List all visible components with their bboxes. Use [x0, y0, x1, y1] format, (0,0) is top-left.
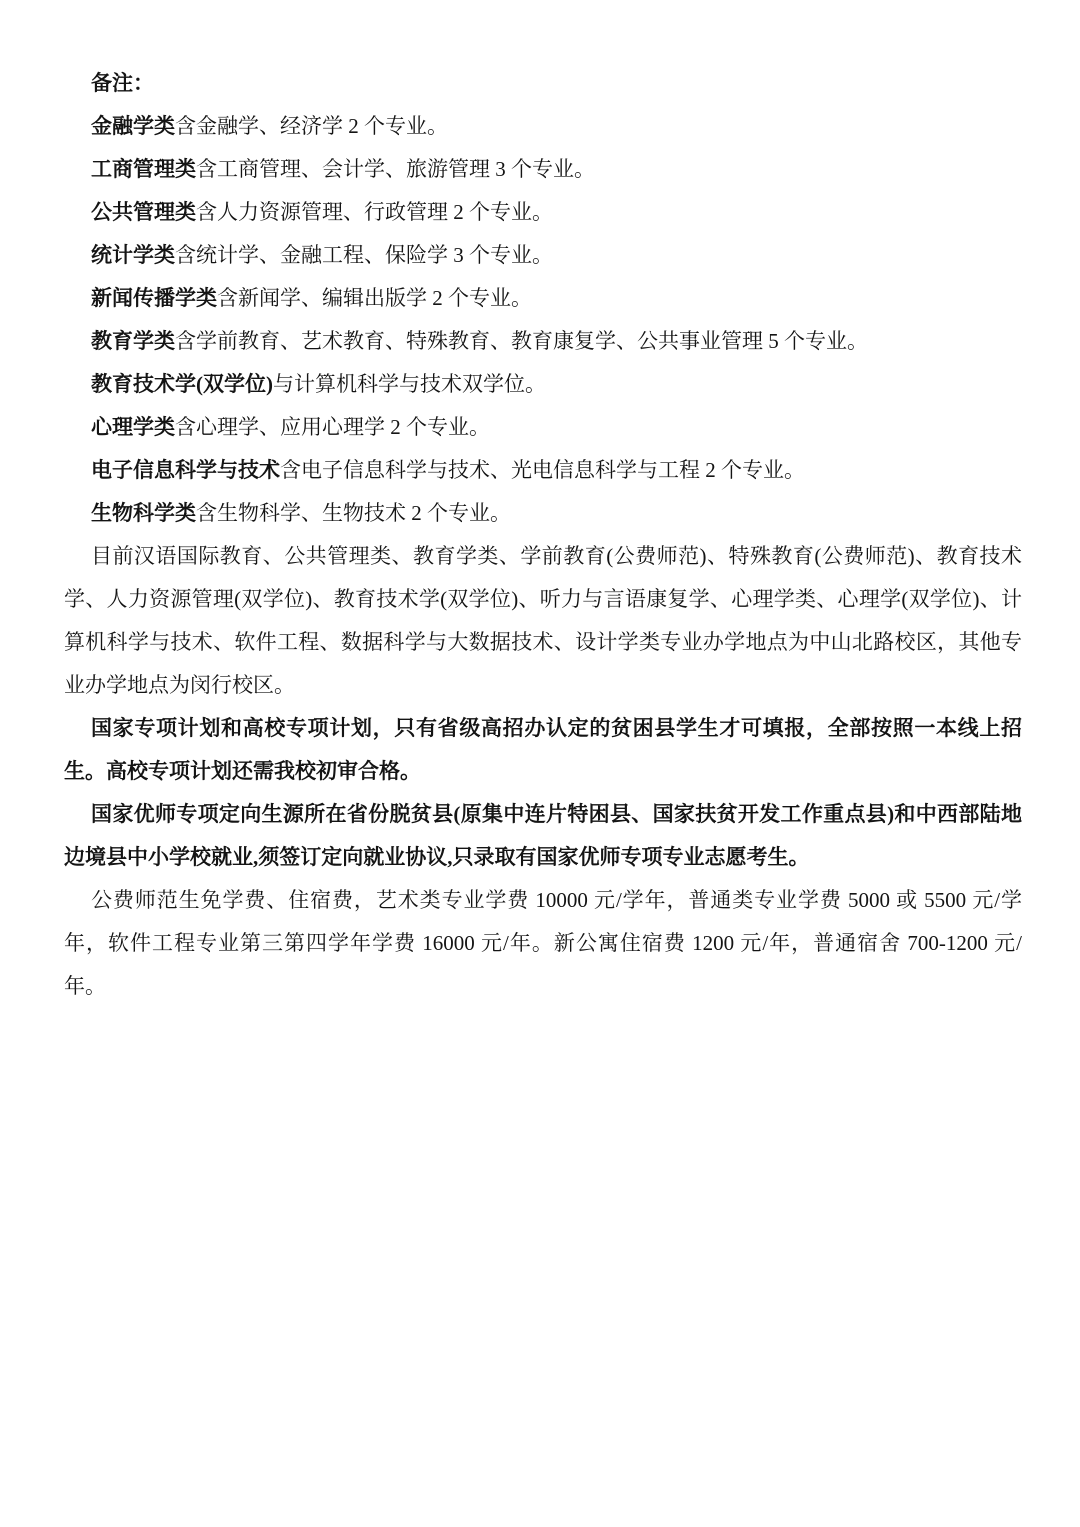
note-line-statistics: 统计学类含统计学、金融工程、保险学 3 个专业。 — [64, 234, 1022, 277]
note-desc: 含统计学、金融工程、保险学 3 个专业。 — [175, 243, 553, 267]
note-term: 电子信息科学与技术 — [91, 458, 280, 482]
note-term: 新闻传播学类 — [91, 286, 217, 310]
tuition-fees-paragraph: 公费师范生免学费、住宿费，艺术类专业学费 10000 元/学年，普通类专业学费 … — [64, 879, 1022, 1008]
note-line-public-admin: 公共管理类含人力资源管理、行政管理 2 个专业。 — [64, 191, 1022, 234]
document-page: 备注： 金融学类含金融学、经济学 2 个专业。 工商管理类含工商管理、会计学、旅… — [0, 0, 1080, 1527]
note-desc: 含心理学、应用心理学 2 个专业。 — [175, 415, 490, 439]
note-term: 生物科学类 — [91, 501, 196, 525]
note-desc: 含学前教育、艺术教育、特殊教育、教育康复学、公共事业管理 5 个专业。 — [175, 329, 868, 353]
note-desc: 含人力资源管理、行政管理 2 个专业。 — [196, 200, 553, 224]
note-line-business: 工商管理类含工商管理、会计学、旅游管理 3 个专业。 — [64, 148, 1022, 191]
note-term: 教育学类 — [91, 329, 175, 353]
note-desc: 含生物科学、生物技术 2 个专业。 — [196, 501, 511, 525]
note-desc: 含金融学、经济学 2 个专业。 — [175, 114, 448, 138]
campus-location-paragraph: 目前汉语国际教育、公共管理类、教育学类、学前教育(公费师范)、特殊教育(公费师范… — [64, 535, 1022, 707]
note-term: 金融学类 — [91, 114, 175, 138]
note-term: 心理学类 — [91, 415, 175, 439]
note-desc: 与计算机科学与技术双学位。 — [273, 372, 546, 396]
note-term: 统计学类 — [91, 243, 175, 267]
note-line-finance: 金融学类含金融学、经济学 2 个专业。 — [64, 105, 1022, 148]
note-line-biology: 生物科学类含生物科学、生物技术 2 个专业。 — [64, 492, 1022, 535]
note-term: 工商管理类 — [91, 157, 196, 181]
special-plan-paragraph: 国家专项计划和高校专项计划，只有省级高招办认定的贫困县学生才可填报，全部按照一本… — [64, 707, 1022, 793]
note-desc: 含电子信息科学与技术、光电信息科学与工程 2 个专业。 — [280, 458, 805, 482]
note-desc: 含新闻学、编辑出版学 2 个专业。 — [217, 286, 532, 310]
notes-heading: 备注： — [64, 62, 1022, 105]
note-desc: 含工商管理、会计学、旅游管理 3 个专业。 — [196, 157, 595, 181]
youshi-plan-paragraph: 国家优师专项定向生源所在省份脱贫县(原集中连片特困县、国家扶贫开发工作重点县)和… — [64, 793, 1022, 879]
note-line-edu-tech: 教育技术学(双学位)与计算机科学与技术双学位。 — [64, 363, 1022, 406]
note-term: 公共管理类 — [91, 200, 196, 224]
note-line-education: 教育学类含学前教育、艺术教育、特殊教育、教育康复学、公共事业管理 5 个专业。 — [64, 320, 1022, 363]
note-line-psychology: 心理学类含心理学、应用心理学 2 个专业。 — [64, 406, 1022, 449]
note-term: 教育技术学(双学位) — [91, 372, 273, 396]
note-line-journalism: 新闻传播学类含新闻学、编辑出版学 2 个专业。 — [64, 277, 1022, 320]
note-line-electronics: 电子信息科学与技术含电子信息科学与技术、光电信息科学与工程 2 个专业。 — [64, 449, 1022, 492]
